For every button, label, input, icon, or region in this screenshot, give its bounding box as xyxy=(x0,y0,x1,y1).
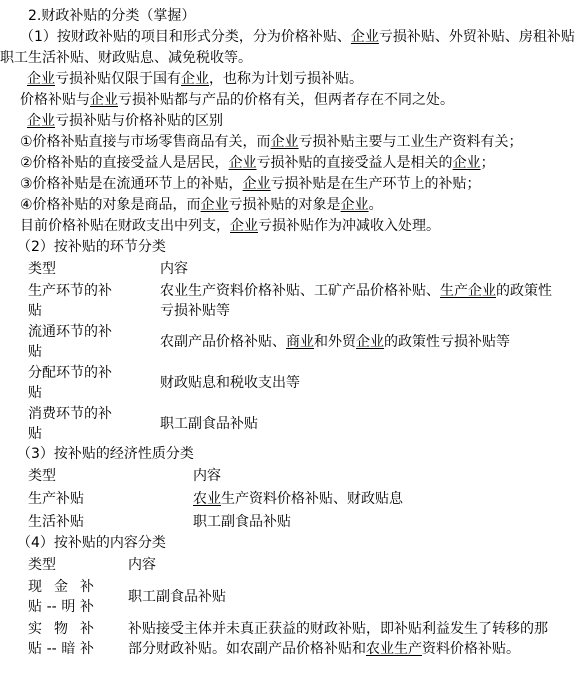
text-line: 价格补贴与企业亏损补贴都与产品的价格有关，但两者存在不同之处。 xyxy=(20,90,580,111)
text-line: 贴 xyxy=(28,301,160,321)
table-by-economic-nature-header-row: 类型 内容 xyxy=(28,465,580,487)
text-line: ③价格补贴是在流通环节上的补贴，企业亏损补贴是在生产环节上的补贴； xyxy=(20,174,580,195)
text-line: 生活补贴 xyxy=(28,512,193,532)
text-line: ①价格补贴直接与市场零售商品有关，而企业亏损补贴主要与工业生产资料有关； xyxy=(20,132,580,153)
column-header-content: 内容 xyxy=(128,554,580,576)
text-line: 农业生产资料价格补贴、工矿产品价格补贴、生产企业的政策性 xyxy=(160,281,580,301)
text-line: （2）按补贴的环节分类 xyxy=(17,237,580,258)
classification-item3-title: （3）按补贴的经济性质分类 xyxy=(0,444,580,465)
table-row: 实物补贴--暗补 补贴接受主体并未真正获益的财政补贴，即补贴利益发生了转移的那部… xyxy=(28,618,580,660)
classification-item1-line2: 职工生活补贴、财政贴息、减免税收等。 xyxy=(0,48,580,69)
cell-type: 流通环节的补贴 xyxy=(28,322,160,362)
table-by-stage: 类型 内容 生产环节的补贴 农业生产资料价格补贴、工矿产品价格补贴、生产企业的政… xyxy=(28,258,580,444)
text-line: ④价格补贴的对象是商品，而企业亏损补贴的对象是企业。 xyxy=(20,195,580,216)
text-line: 财政贴息和税收支出等 xyxy=(160,373,580,393)
table-row: 现金补贴--明补 职工副食品补贴 xyxy=(28,576,580,618)
text-line: 部分财政补贴。如农副产品价格补贴和农业生产资料价格补贴。 xyxy=(128,639,580,659)
text-line: 分配环节的补 xyxy=(28,363,160,383)
table-by-economic-nature: 类型 内容 生产补贴 农业生产资料价格补贴、财政贴息 生活补贴 职工副食品补贴 xyxy=(28,465,580,533)
text-line: 补贴接受主体并未真正获益的财政补贴，即补贴利益发生了转移的那 xyxy=(128,619,580,639)
cell-content: 农业生产资料价格补贴、财政贴息 xyxy=(193,489,580,509)
table-row: 生活补贴 职工副食品补贴 xyxy=(28,510,580,533)
column-header-type: 类型 xyxy=(28,554,94,576)
text-line: 职工副食品补贴 xyxy=(128,587,580,607)
text-line: 企业亏损补贴仅限于国有企业，也称为计划亏损补贴。 xyxy=(27,69,580,90)
cell-content: 财政贴息和税收支出等 xyxy=(160,373,580,393)
text-line: 农业生产资料价格补贴、财政贴息 xyxy=(193,489,580,509)
cell-type: 实物补贴--暗补 xyxy=(28,619,94,659)
cell-type: 生产补贴 xyxy=(28,489,193,509)
text-line: 贴 xyxy=(28,342,160,362)
text-line: （1）按财政补贴的项目和形式分类，分为价格补贴、企业亏损补贴、外贸补贴、房租补贴 xyxy=(20,27,580,48)
text-line: 生产环节的补 xyxy=(28,281,160,301)
column-header-type: 类型 xyxy=(28,258,160,280)
cell-content: 职工副食品补贴 xyxy=(193,512,580,532)
classification-item1-line1: （1）按财政补贴的项目和形式分类，分为价格补贴、企业亏损补贴、外贸补贴、房租补贴 xyxy=(0,27,580,48)
difference-point-4: ④价格补贴的对象是商品，而企业亏损补贴的对象是企业。 xyxy=(0,195,580,216)
text-line: 企业亏损补贴与价格补贴的区别 xyxy=(27,111,580,132)
difference-point-3: ③价格补贴是在流通环节上的补贴，企业亏损补贴是在生产环节上的补贴； xyxy=(0,174,580,195)
text-line: 现金补 xyxy=(28,577,94,597)
cell-type: 现金补贴--明补 xyxy=(28,577,94,617)
text-line: （3）按补贴的经济性质分类 xyxy=(17,444,580,465)
cell-content: 职工副食品补贴 xyxy=(160,414,580,434)
text-line: （4）按补贴的内容分类 xyxy=(17,533,580,554)
text-line: 目前价格补贴在财政支出中列支，企业亏损补贴作为冲减收入处理。 xyxy=(20,216,580,237)
cell-type: 生产环节的补贴 xyxy=(28,281,160,321)
text-line: 职工副食品补贴 xyxy=(193,512,580,532)
table-row: 流通环节的补贴 农副产品价格补贴、商业和外贸企业的政策性亏损补贴等 xyxy=(28,321,580,362)
note-price-vs-loss-subsidy: 价格补贴与企业亏损补贴都与产品的价格有关，但两者存在不同之处。 xyxy=(0,90,580,111)
table-by-stage-header-row: 类型 内容 xyxy=(28,258,580,280)
table-row: 消费环节的补贴 职工副食品补贴 xyxy=(28,403,580,444)
table-by-content-header-row: 类型 内容 xyxy=(28,554,580,576)
difference-point-2: ②价格补贴的直接受益人是居民，企业亏损补贴的直接受益人是相关的企业； xyxy=(0,153,580,174)
table-row: 生产环节的补贴 农业生产资料价格补贴、工矿产品价格补贴、生产企业的政策性亏损补贴… xyxy=(28,280,580,321)
text-line: 贴 xyxy=(28,383,160,403)
document-page: 2.财政补贴的分类（掌握） （1）按财政补贴的项目和形式分类，分为价格补贴、企业… xyxy=(0,0,580,660)
cell-content: 补贴接受主体并未真正获益的财政补贴，即补贴利益发生了转移的那部分财政补贴。如农副… xyxy=(128,619,580,659)
text-line: 流通环节的补 xyxy=(28,322,160,342)
text-line: 实物补 xyxy=(28,619,94,639)
table-row: 生产补贴 农业生产资料价格补贴、财政贴息 xyxy=(28,487,580,510)
cell-type: 分配环节的补贴 xyxy=(28,363,160,403)
note-enterprise-loss-subsidy: 企业亏损补贴仅限于国有企业，也称为计划亏损补贴。 xyxy=(0,69,580,90)
text-line: 贴--暗补 xyxy=(28,639,94,659)
section-heading: 2.财政补贴的分类（掌握） xyxy=(0,6,580,27)
difference-point-1: ①价格补贴直接与市场零售商品有关，而企业亏损补贴主要与工业生产资料有关； xyxy=(0,132,580,153)
cell-content: 农业生产资料价格补贴、工矿产品价格补贴、生产企业的政策性亏损补贴等 xyxy=(160,281,580,321)
column-header-content: 内容 xyxy=(193,465,580,487)
note-accounting-treatment: 目前价格补贴在财政支出中列支，企业亏损补贴作为冲减收入处理。 xyxy=(0,216,580,237)
text-line: 消费环节的补 xyxy=(28,404,160,424)
text-line: 贴 xyxy=(28,424,160,444)
table-row: 分配环节的补贴 财政贴息和税收支出等 xyxy=(28,362,580,403)
cell-type: 生活补贴 xyxy=(28,512,193,532)
cell-content: 农副产品价格补贴、商业和外贸企业的政策性亏损补贴等 xyxy=(160,332,580,352)
classification-item2-title: （2）按补贴的环节分类 xyxy=(0,237,580,258)
column-header-content: 内容 xyxy=(160,258,580,280)
cell-type: 消费环节的补贴 xyxy=(28,404,160,444)
difference-title: 企业亏损补贴与价格补贴的区别 xyxy=(0,111,580,132)
cell-content: 职工副食品补贴 xyxy=(128,587,580,607)
text-line: 农副产品价格补贴、商业和外贸企业的政策性亏损补贴等 xyxy=(160,332,580,352)
column-header-type: 类型 xyxy=(28,465,193,487)
text-line: 2.财政补贴的分类（掌握） xyxy=(28,6,580,27)
text-line: 贴--明补 xyxy=(28,597,94,617)
text-line: 职工生活补贴、财政贴息、减免税收等。 xyxy=(0,48,580,69)
text-line: ②价格补贴的直接受益人是居民，企业亏损补贴的直接受益人是相关的企业； xyxy=(20,153,580,174)
classification-item4-title: （4）按补贴的内容分类 xyxy=(0,533,580,554)
table-by-content: 类型 内容 现金补贴--明补 职工副食品补贴 实物补贴--暗补 补贴接受主体并未… xyxy=(28,554,580,660)
text-line: 职工副食品补贴 xyxy=(160,414,580,434)
text-line: 生产补贴 xyxy=(28,489,193,509)
text-line: 亏损补贴等 xyxy=(160,301,580,321)
